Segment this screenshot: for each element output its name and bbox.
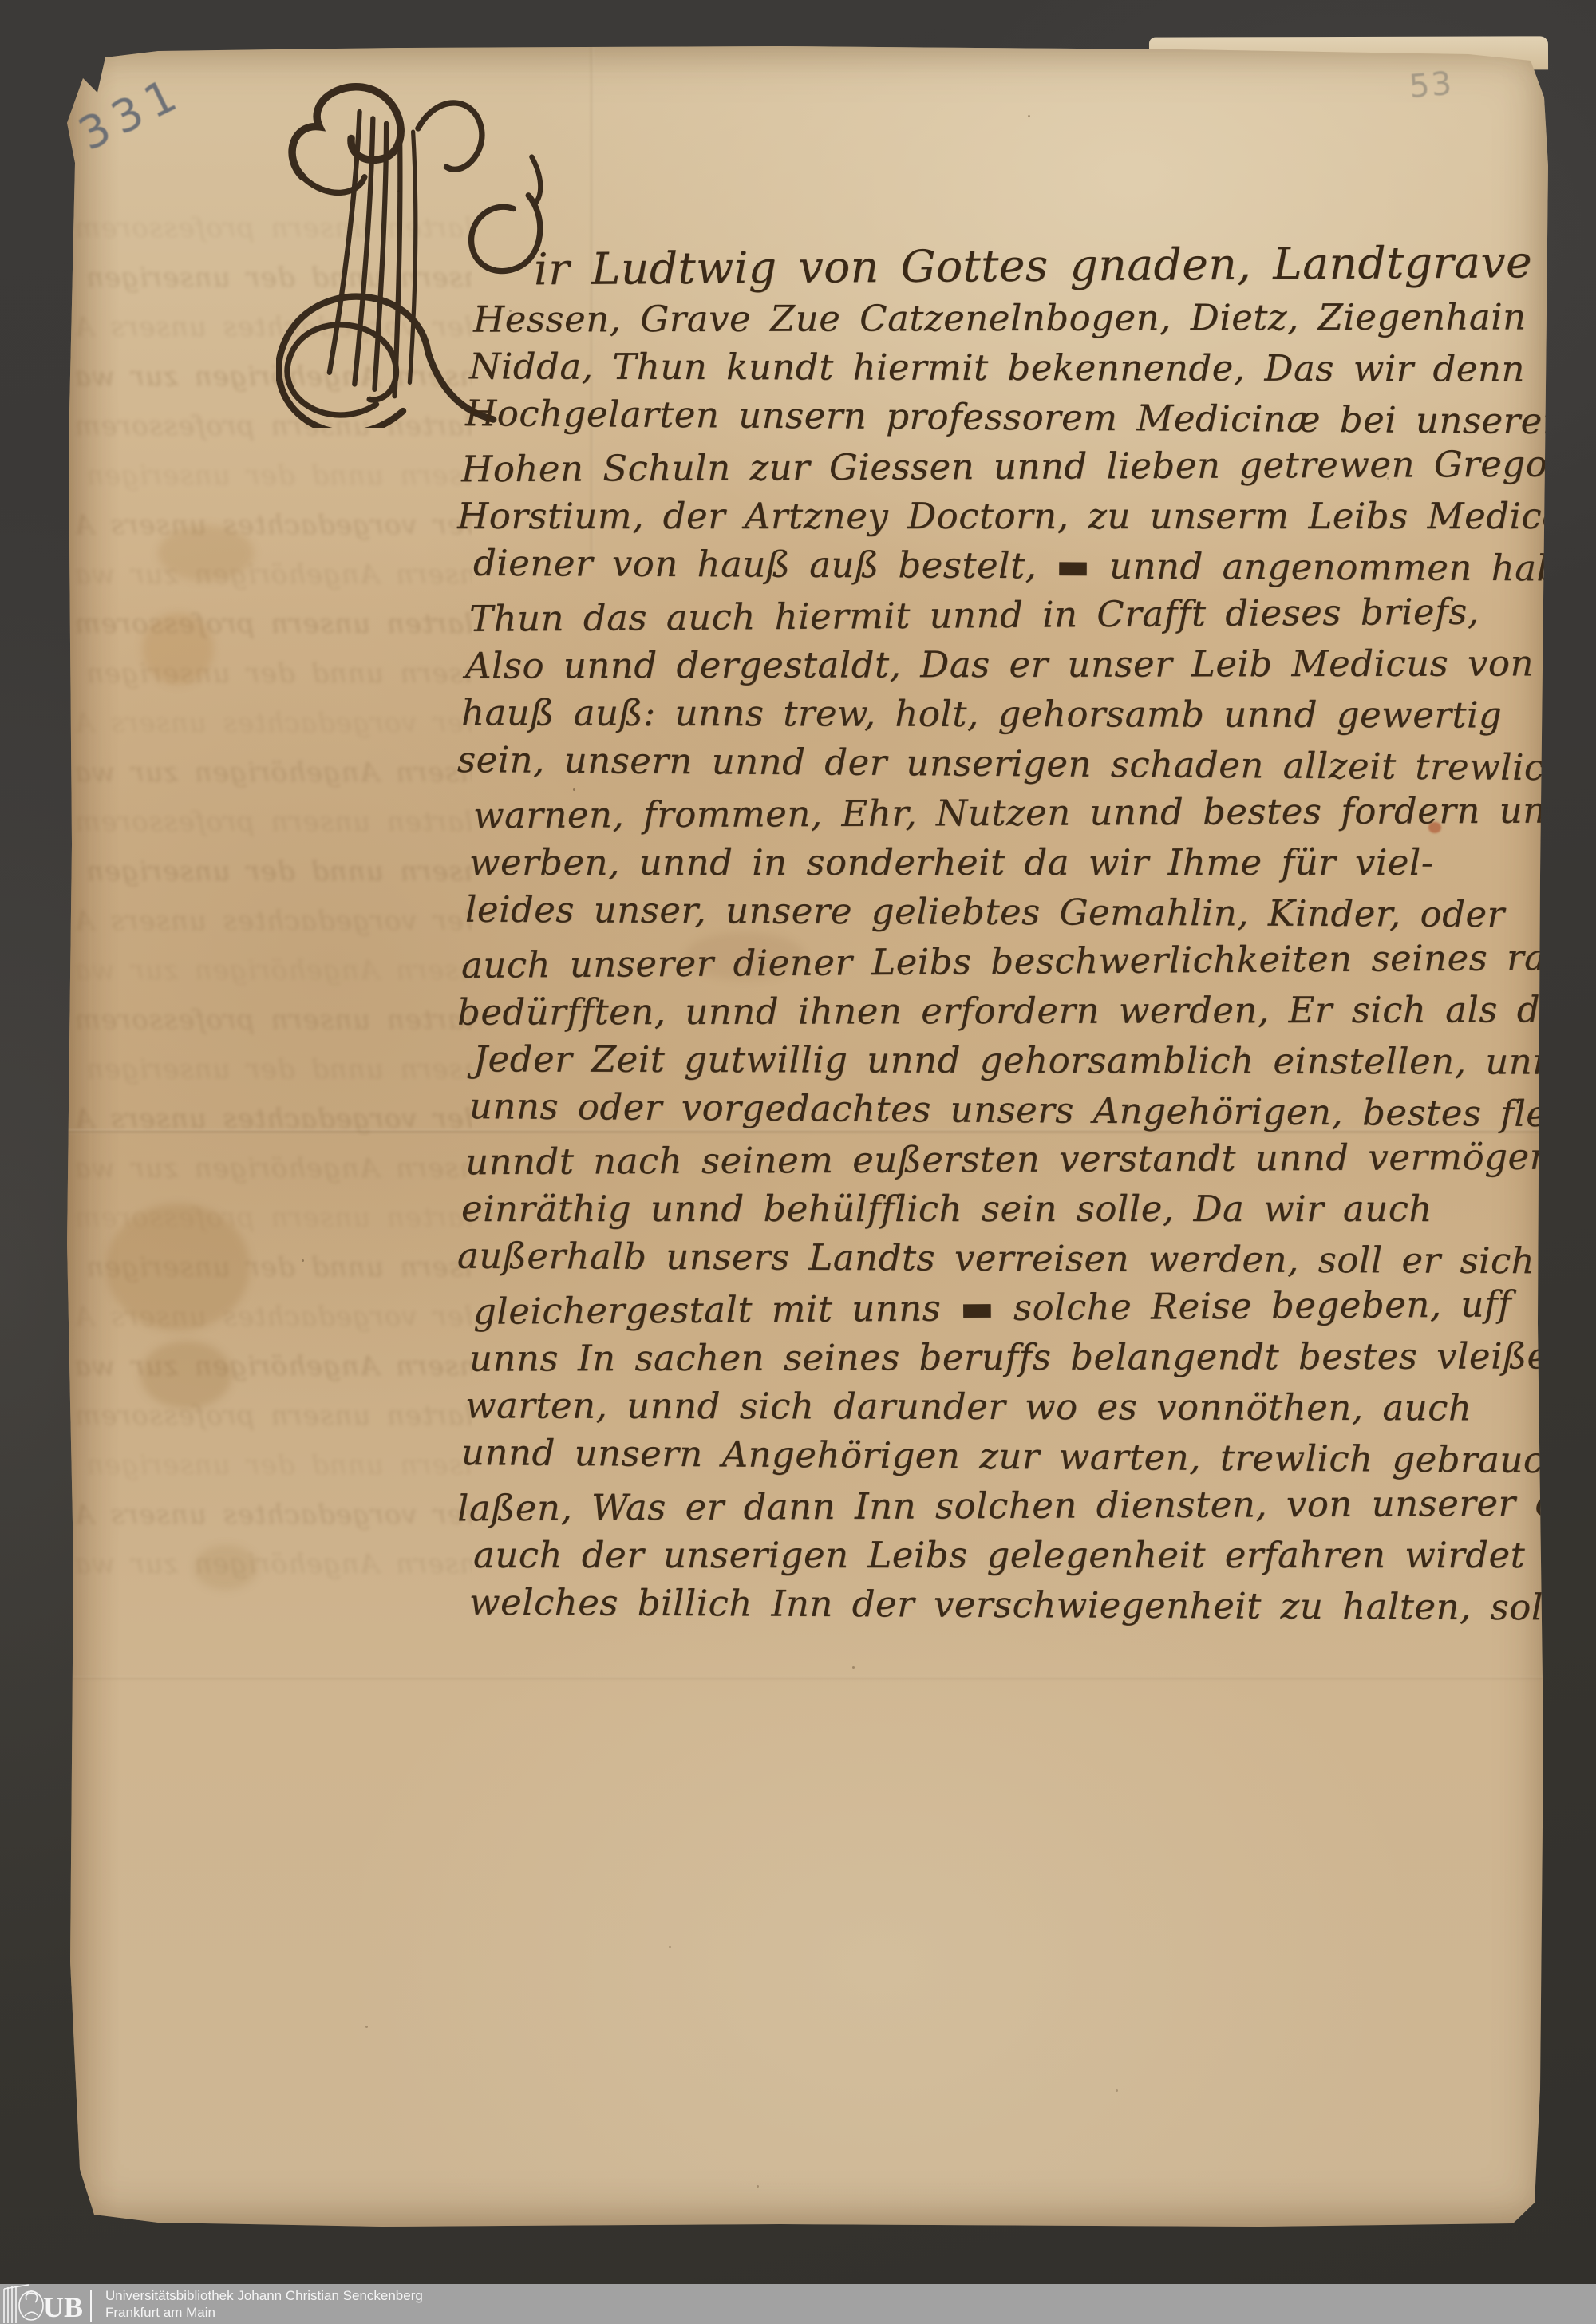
stain: [140, 1341, 232, 1409]
bleedthrough-row: unnd unsern Angehörigen zur warten, trew…: [73, 1152, 472, 1184]
manuscript-line: bedürfften, unnd ihnen erfordern werden,…: [457, 985, 1527, 1037]
bleedthrough-row: sein, unsern unnd der unserigen schaden …: [73, 856, 472, 887]
bleedthrough-row: Hochgelarten unsern professorem Medicinæ…: [73, 410, 472, 442]
manuscript-line: laßen, Was er dann Inn solchen diensten,…: [457, 1479, 1527, 1534]
bleedthrough-row: sein, unsern unnd der unserigen schaden …: [73, 658, 472, 690]
bleedthrough-row: unnd unsern Angehörigen zur warten, trew…: [73, 361, 472, 393]
manuscript-line: sein, unsern unnd der unserigen schaden …: [457, 735, 1527, 792]
manuscript-line: Horstium, der Artzney Doctorn, zu unserm…: [457, 492, 1527, 541]
library-name: Universitätsbibliothek Johann Christian …: [105, 2287, 423, 2304]
manuscript-line: welches billich Inn der verschwiegenheit…: [469, 1578, 1539, 1633]
manuscript-line: Hohen Schuln zur Giessen unnd lieben get…: [461, 440, 1531, 495]
bleedthrough-row: sein, unsern unnd der unserigen schaden …: [73, 262, 472, 294]
manuscript-line: einräthig unnd behülfflich sein solle, D…: [461, 1184, 1531, 1234]
manuscript-line: diener von hauß auß bestelt, ▬ unnd ange…: [473, 539, 1543, 594]
fold-crease-horizontal-faint: [62, 1676, 1548, 1681]
bleedthrough-row: unns oder vorgedachtes unsers Angehörige…: [73, 707, 472, 739]
bleedthrough-row: Hochgelarten unsern professorem Medicinæ…: [73, 608, 472, 640]
manuscript-line: auch der unserigen Leibs gelegenheit erf…: [473, 1531, 1543, 1580]
bleedthrough-row: unnd unsern Angehörigen zur warten, trew…: [73, 757, 472, 788]
stain: [158, 525, 254, 581]
manuscript-line: unns oder vorgedachtes unsers Angehörige…: [469, 1081, 1539, 1139]
stain: [194, 1545, 258, 1590]
manuscript-line: Hochgelarten unsern professorem Medicinæ…: [465, 389, 1535, 446]
bleedthrough-row: sein, unsern unnd der unserigen schaden …: [73, 1449, 472, 1481]
bleedthrough-row: sein, unsern unnd der unserigen schaden …: [73, 1053, 472, 1085]
bleedthrough-row: unns oder vorgedachtes unsers Angehörige…: [73, 509, 472, 541]
pencil-foliation-53: 53: [1408, 65, 1455, 106]
bleedthrough-row: unnd unsern Angehörigen zur warten, trew…: [73, 1548, 472, 1580]
manuscript-line: hauß auß: unns trew, holt, gehorsamb unn…: [461, 688, 1531, 740]
bleedthrough-row: unnd unsern Angehörigen zur warten, trew…: [73, 559, 472, 591]
manuscript-line: ir Ludtwig von Gottes gnaden, Landtgrave…: [457, 235, 1527, 296]
paper-specks: [62, 46, 65, 49]
manuscript-line: unns In sachen seines beruffs belangendt…: [469, 1331, 1539, 1383]
bleedthrough-row: Hochgelarten unsern professorem Medicinæ…: [73, 1400, 472, 1432]
stain: [106, 1203, 250, 1331]
pencil-foliation-331: 331: [71, 66, 192, 160]
bleedthrough-layer: Hochgelarten unsern professorem Medicinæ…: [73, 46, 472, 2227]
bleedthrough-row: unns oder vorgedachtes unsers Angehörige…: [73, 1499, 472, 1531]
manuscript-line: unndt nach seinem eußersten verstandt un…: [465, 1132, 1535, 1188]
manuscript-text: ir Ludtwig von Gottes gnaden, Landtgrave…: [465, 239, 1535, 1630]
bleedthrough-row: unns oder vorgedachtes unsers Angehörige…: [73, 905, 472, 937]
manuscript-line: auch unserer diener Leibs beschwerlichke…: [461, 933, 1531, 990]
scan-viewer-background: Hochgelarten unsern professorem Medicinæ…: [0, 0, 1596, 2324]
manuscript-line: Hessen, Grave Zue Catzenelnbogen, Dietz,…: [473, 292, 1543, 344]
manuscript-line: Jeder Zeit gutwillig unnd gehorsamblich …: [473, 1034, 1543, 1086]
bleedthrough-row: Hochgelarten unsern professorem Medicinæ…: [73, 212, 472, 244]
ub-logo-icon: UB: [2, 2284, 97, 2324]
manuscript-line: leides unser, unsere geliebtes Gemahlin,…: [465, 885, 1535, 940]
manuscript-line: außerhalb unsers Landts verreisen werden…: [457, 1231, 1527, 1286]
bleedthrough-row: sein, unsern unnd der unserigen schaden …: [73, 460, 472, 492]
manuscript-line: gleichergestalt mit unns ▬ solche Reise …: [473, 1279, 1543, 1337]
manuscript-line: unnd unsern Angehörigen zur warten, trew…: [461, 1428, 1531, 1485]
manuscript-page: Hochgelarten unsern professorem Medicinæ…: [62, 46, 1548, 2227]
bleedthrough-row: unnd unsern Angehörigen zur warten, trew…: [73, 955, 472, 986]
bleedthrough-row: unnd unsern Angehörigen zur warten, trew…: [73, 1350, 472, 1382]
manuscript-line: Also unnd dergestaldt, Das er unser Leib…: [465, 638, 1535, 690]
manuscript-line: werben, unnd in sonderheit da wir Ihme f…: [469, 838, 1539, 887]
bleedthrough-row: Hochgelarten unsern professorem Medicinæ…: [73, 1004, 472, 1036]
library-banner-text: Universitätsbibliothek Johann Christian …: [105, 2287, 423, 2321]
library-banner: UB Universitätsbibliothek Johann Christi…: [0, 2284, 1596, 2324]
stain: [142, 613, 214, 685]
svg-text:UB: UB: [43, 2291, 83, 2323]
library-location: Frankfurt am Main: [105, 2304, 423, 2321]
manuscript-line: Thun das auch hiermit unnd in Crafft die…: [469, 587, 1539, 644]
manuscript-line: warten, unnd sich darunder wo es vonnöth…: [465, 1381, 1535, 1433]
bleedthrough-row: unns oder vorgedachtes unsers Angehörige…: [73, 311, 472, 343]
bleedthrough-row: Hochgelarten unsern professorem Medicinæ…: [73, 806, 472, 838]
manuscript-line: Nidda, Thun kundt hiermit bekennende, Da…: [469, 342, 1539, 393]
manuscript-line: warnen, frommen, Ehr, Nutzen unnd bestes…: [473, 786, 1543, 841]
